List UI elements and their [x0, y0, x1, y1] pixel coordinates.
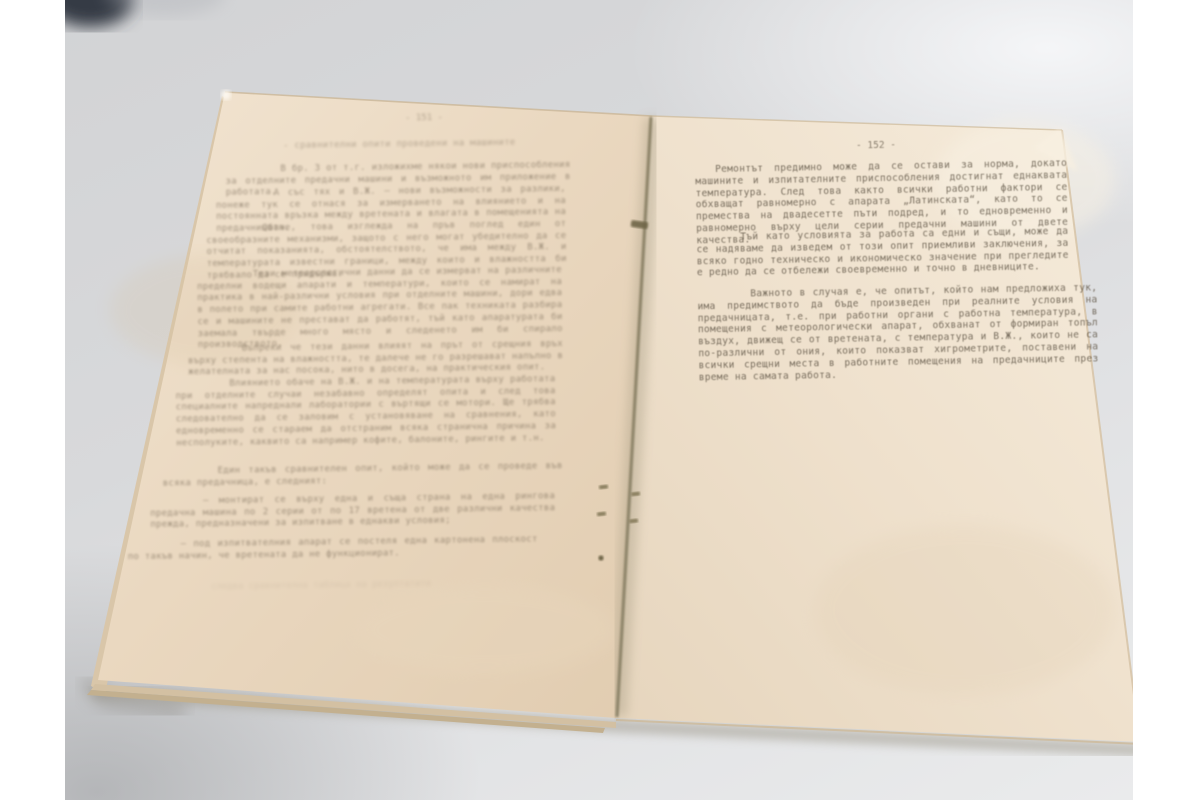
letterbox-left — [0, 0, 65, 800]
paragraph: Важното в случая е, че опитът, който нам… — [697, 282, 1099, 383]
letterbox-right — [1133, 0, 1200, 800]
table-surface: - 151 - - сравнителни опити проведени на… — [65, 0, 1133, 800]
paragraph: Един такъв сравнителен опит, който може … — [163, 461, 563, 490]
right-page-number: - 152 - — [843, 139, 909, 151]
left-page-number: - 151 - — [392, 113, 456, 124]
stitch-mark — [598, 555, 603, 560]
corner-highlight — [221, 90, 231, 100]
paragraph: Тъй като условията за работа са едни и с… — [696, 226, 1069, 280]
paragraph: Въпреки че тези данни влияят на прът от … — [188, 339, 563, 379]
list-item: — под изпитвателния апарат се постеля ед… — [128, 534, 538, 563]
list-item: — монтират се върху една и съща страна н… — [150, 491, 555, 532]
photo-of-open-book: - 151 - - сравнителни опити проведени на… — [0, 0, 1200, 800]
ghost-line: следва сравнителна таблица на резултатит… — [211, 578, 481, 593]
left-page-text: - сравнителни опити проведени на машинит… — [120, 137, 592, 623]
right-page-text: Ремонтът предимно може да се остави за н… — [695, 157, 1084, 584]
left-page-heading: - сравнителни опити проведени на машинит… — [283, 138, 525, 153]
paragraph: Влиянието обаче на В.Ж. и на температура… — [175, 374, 556, 450]
